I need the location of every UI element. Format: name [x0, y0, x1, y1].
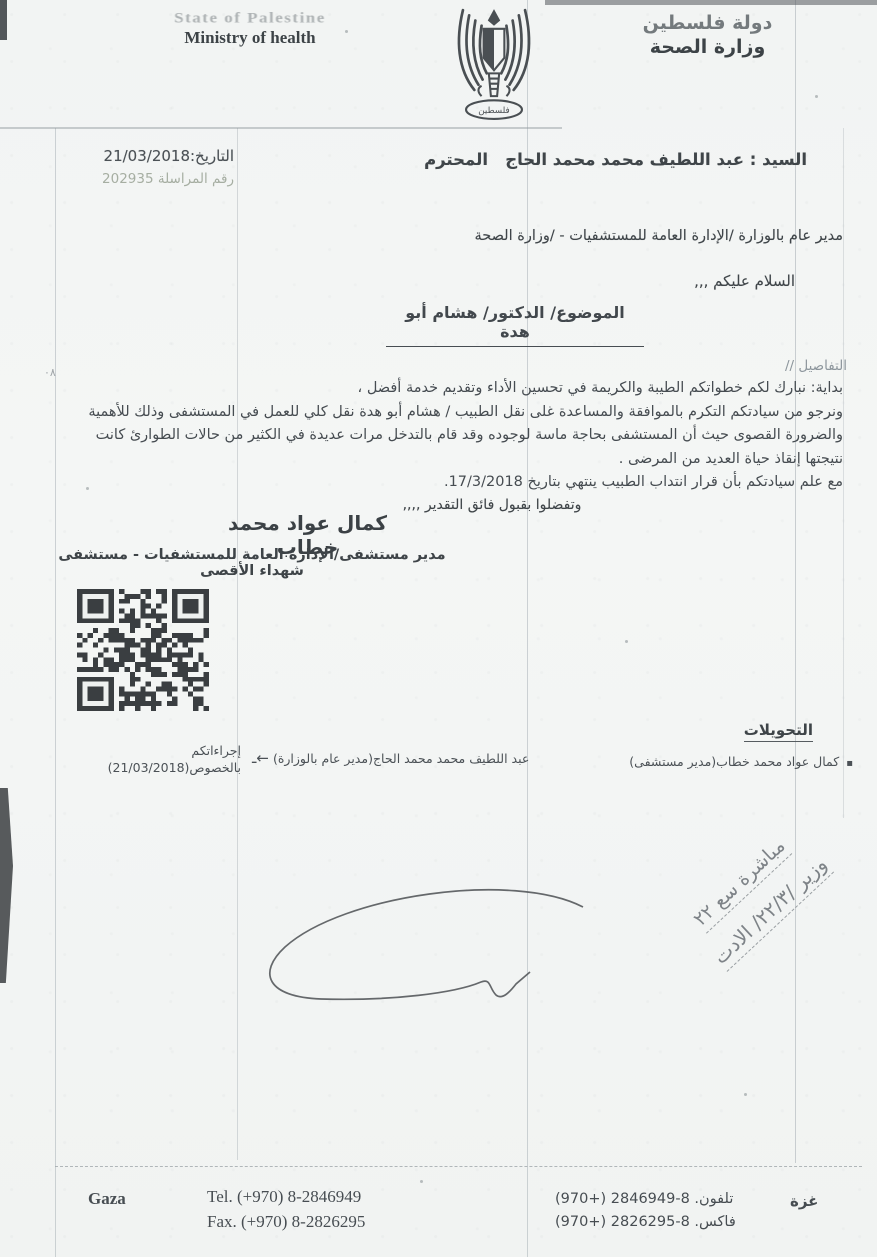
transfer-item-recipient: عبد اللطيف محمد محمد الحاج(مدير عام بالو… — [252, 749, 567, 767]
emblem-banner-text: فلسطين — [478, 106, 510, 116]
greeting-line: السلام عليكم ,,, — [694, 272, 795, 290]
footer-divider — [55, 1166, 862, 1167]
transfer-item-sender-text: كمال عواد محمد خطاب(مدير مستشفى) — [629, 754, 839, 769]
scan-speck — [744, 1093, 747, 1096]
scanned-letter-page: State of Palestine Ministry of health — [0, 0, 877, 1257]
body-line: ونرجو من سيادتكم التكرم بالموافقة والمسا… — [30, 401, 843, 425]
scan-corner-mark — [0, 0, 7, 40]
palestine-eagle-emblem-icon: فلسطين — [441, 5, 547, 121]
scan-fold-line — [527, 0, 528, 1257]
body-line: مع علم سيادتكم بأن قرار انتداب الطبيب ين… — [30, 471, 843, 495]
footer-fax-english: Fax. (+970) 8-2826295 — [207, 1209, 365, 1234]
details-label: التفاصيل // — [785, 358, 847, 374]
signatory-title: مدير مستشفى/الإدارة العامة للمستشفيات - … — [38, 547, 466, 579]
scan-speck — [815, 95, 818, 98]
body-line: نتيجتها إنقاذ حياة العديد من المرضى . — [30, 448, 843, 472]
footer-tel-arabic: تلفون. 8-2846949 (+970) — [555, 1188, 767, 1211]
body-line: بداية: نبارك لكم خطواتكم الطيبة والكريمة… — [30, 377, 843, 401]
ministry-name-english: Ministry of health — [120, 28, 380, 48]
transfers-heading: التحويلات — [744, 721, 813, 742]
recipient-title-line: مدير عام بالوزارة /الإدارة العامة للمستش… — [474, 228, 843, 244]
closing-courtesy-line: وتفضلوا بقبول فائق التقدير ,,,, — [402, 497, 582, 513]
ministry-name-arabic: وزارة الصحة — [615, 36, 800, 58]
footer-city-english: Gaza — [88, 1189, 126, 1209]
qr-code — [77, 589, 209, 711]
footer-city-arabic: غزة — [790, 1192, 818, 1210]
transfer-item-action: إجراءاتكم بالخصوص(21/03/2018) — [93, 742, 241, 776]
footer-contact-arabic: تلفون. 8-2846949 (+970) فاكس. 8-2826295 … — [555, 1188, 767, 1234]
left-arrow-icon: ←ـ — [252, 749, 269, 767]
scan-edge-shadow — [545, 0, 877, 5]
scan-speck — [625, 640, 628, 643]
scan-fold-line — [795, 0, 796, 1163]
transfer-item-sender: ▪ كمال عواد محمد خطاب(مدير مستشفى) — [629, 754, 853, 769]
transfer-item-recipient-text: عبد اللطيف محمد محمد الحاج(مدير عام بالو… — [273, 751, 529, 766]
scan-speck — [420, 1180, 423, 1183]
letterhead-english: State of Palestine Ministry of health — [120, 8, 380, 48]
body-paragraph: بداية: نبارك لكم خطواتكم الطيبة والكريمة… — [30, 377, 843, 495]
signature-scribble — [243, 885, 608, 1010]
transfer-action-line2: بالخصوص(21/03/2018) — [93, 759, 241, 776]
scan-fold-line — [55, 128, 56, 1257]
recipient-name-line: السيد : عبد اللطيف محمد محمد الحاج المحت… — [424, 150, 807, 169]
footer-fax-arabic: فاكس. 8-2826295 (+970) — [555, 1211, 767, 1234]
state-name-english: State of Palestine — [120, 10, 380, 27]
letter-date: التاريخ:21/03/2018 — [64, 147, 234, 165]
body-line: والضرورة القصوى حيث أن المستشفى بحاجة ما… — [30, 424, 843, 448]
scan-fold-line — [843, 128, 844, 818]
scan-fold-line — [237, 128, 238, 1160]
scan-header-line — [0, 127, 562, 129]
footer-contact-english: Tel. (+970) 8-2846949 Fax. (+970) 8-2826… — [207, 1184, 365, 1234]
subject-line: الموضوع/ الدكتور/ هشام أبو هدة — [386, 303, 644, 347]
transfer-action-line1: إجراءاتكم — [93, 742, 241, 759]
subject-text: الموضوع/ الدكتور/ هشام أبو هدة — [386, 303, 644, 347]
letterhead-arabic: دولة فلسطين وزارة الصحة — [615, 12, 800, 58]
square-bullet-icon: ▪ — [846, 758, 853, 769]
scan-edge-blotch — [0, 788, 13, 983]
letter-reference-number: رقم المراسلة 202935 — [58, 171, 234, 187]
state-name-arabic: دولة فلسطين — [615, 12, 800, 34]
footer-tel-english: Tel. (+970) 8-2846949 — [207, 1184, 365, 1209]
